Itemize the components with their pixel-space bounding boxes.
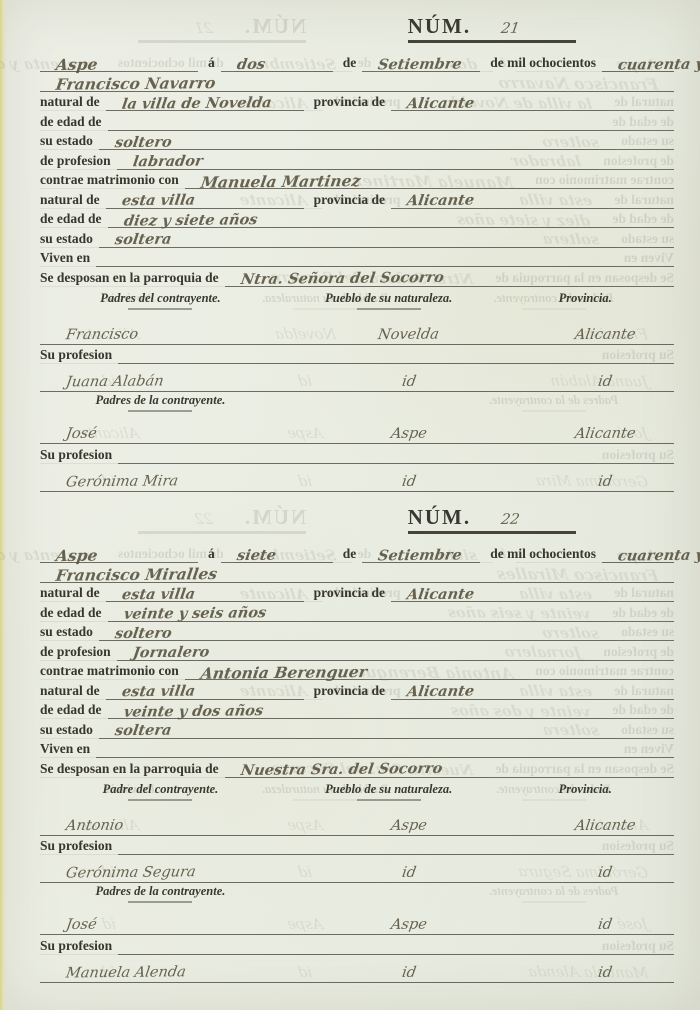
record-2-date-line: Aspe á siete de Setiembre de mil ochocie… [40,541,674,563]
record-1-groom-father-profession-line: Su profesion [40,345,674,365]
record-1-bride-father-profession-line: Su profesion [40,444,674,464]
label-su-estado: su estado [40,722,99,739]
record-1: NÚM. 21 Aspe á dos de Setiembre de mil o… [40,14,674,492]
bride-father-prof-fill [118,463,674,464]
spacer [281,884,497,907]
label-a: á [198,546,221,563]
record-1-viven-line: Viven en [40,248,674,268]
record-2-bride-father-row: José Aspe id [40,907,674,935]
record-1-groom-estado-line: su estado soltero [40,131,674,151]
day-fill: siete [221,549,333,564]
bride-name-handwriting: Antonia Berenguer [183,664,367,681]
label-su-estado: su estado [40,624,99,641]
num-label: NÚM. [408,505,471,530]
label-se-desposan: Se desposan en la parroquia de [40,270,225,287]
header-underline [128,308,192,310]
bride-mother-pueblo-handwriting: id [361,965,417,980]
year-handwriting: cuarenta y dos [601,548,700,564]
label-viven-en: Viven en [40,250,96,267]
bride-father-name-cell: José [40,425,281,443]
record-2-bride-mother-row: Manuela Alenda id id [40,955,674,983]
bride-name-fill: Manuela Martinez [185,174,674,190]
groom-father-prof-fill [118,363,674,364]
bride-natural-fill: esta villa [106,194,304,209]
header-padres-contrayente-f: Padres de la contrayente. [40,884,281,907]
label-a: á [198,55,221,72]
header-pueblo-text: Pueblo de su naturaleza. [325,782,452,796]
day-handwriting: siete [220,548,277,563]
groom-father-pueblo-cell: Aspe [281,817,497,835]
label-de-profesion: de profesion [40,153,117,170]
header-provincia-text: Provincia. [559,291,612,305]
record-2-bride-father-profession-line: Su profesion [40,935,674,955]
header-provincia: Provincia. [496,782,674,808]
groom-prov-handwriting: Alicante [390,587,475,602]
groom-prov-fill: Alicante [391,97,674,112]
groom-father-prov-cell: Alicante [496,817,674,835]
bride-father-prov-cell: id [496,916,674,934]
header-padres-contrayente: Padres del contrayente. [40,291,281,317]
groom-prov-handwriting: Alicante [390,96,475,111]
bride-estado-fill: soltera [99,724,674,739]
groom-estado-fill: soltero [99,136,674,151]
groom-father-pueblo-cell: Novelda [281,326,497,344]
groom-prof-fill: Jornalero [117,646,674,661]
bride-father-pueblo-handwriting: Aspe [350,427,428,442]
groom-mother-name-handwriting: Gerónima Segura [39,865,197,881]
page-edge-shadow [0,0,7,1010]
record-2-groom-estado-line: su estado soltero [40,622,674,642]
bride-prov-fill: Alicante [391,685,674,700]
year-fill: cuarenta y dos [602,549,674,564]
bride-mother-prov-cell: id [496,473,674,491]
bride-father-pueblo-cell: Aspe [281,916,497,934]
groom-age-fill: veinte y seis años [108,607,674,622]
label-contrae-matrimonio: contrae matrimonio con [40,663,185,680]
record-1-bride-age-line: de edad de diez y siete años [40,209,674,229]
header-provincia-text: Provincia. [559,782,612,796]
spacer [496,884,674,907]
groom-mother-prov-handwriting: id [557,375,613,390]
bride-estado-handwriting: soltera [98,724,173,739]
bride-mother-pueblo-handwriting: id [361,474,417,489]
record-2-bride-name-line: contrae matrimonio con Antonia Berenguer [40,661,674,681]
label-de: de [333,546,363,563]
bride-father-prov-handwriting: Alicante [534,426,637,442]
groom-father-prov-handwriting: Alicante [534,818,637,834]
groom-mother-prov-cell: id [496,864,674,882]
groom-estado-fill: soltero [99,627,674,642]
bride-mother-prov-handwriting: id [557,965,613,980]
header-padres-contrayente-f-text: Padres de la contrayente. [96,884,226,898]
record-2-groom-mother-row: Gerónima Segura id id [40,855,674,883]
spacer [281,393,497,416]
bride-natural-handwriting: esta villa [104,194,195,209]
groom-name-handwriting: Francisco Miralles [39,566,219,583]
record-2: NÚM. 22 Aspe á siete de Setiembre de mil… [40,505,674,983]
groom-father-prov-handwriting: Alicante [534,327,637,343]
groom-mother-name-handwriting: Juana Alabán [39,374,165,390]
viven-fill [96,266,674,267]
scanned-register-page: NÚM. 22 Aspe á siete de Setiembre de mil… [0,0,700,1010]
groom-father-name-handwriting: Francisco [39,327,139,343]
record-2-bride-age-line: de edad de veinte y dos años [40,700,674,720]
parroquia-handwriting: Nuestra Sra. del Socorro [223,762,443,779]
header-padre-contrayente-text: Padre del contrayente. [103,782,219,796]
groom-father-prov-cell: Alicante [496,326,674,344]
num-label: NÚM. [408,14,471,39]
bride-mother-pueblo-cell: id [281,964,497,982]
groom-name-handwriting: Francisco Navarro [39,75,217,92]
header-padres-contrayente-f: Padres de la contrayente. [40,393,281,416]
record-1-number-value: 21 [484,22,521,37]
bride-natural-fill: esta villa [106,685,304,700]
city-fill: Aspe [40,548,198,564]
groom-name-fill: Francisco Navarro [40,76,674,92]
bride-estado-fill: soltera [99,233,674,248]
viven-fill [96,757,674,758]
bride-age-handwriting: diez y siete años [106,213,258,229]
city-handwriting: Aspe [39,56,99,72]
record-1-groom-profession-line: de profesion labrador [40,150,674,170]
record-1-bride-mother-row: Gerónima Mira id id [40,464,674,492]
record-2-bride-parents-header: Padres de la contrayente. [40,884,674,907]
label-viven-en: Viven en [40,741,96,758]
label-de-edad-de: de edad de [40,211,108,228]
label-provincia-de: provincia de [304,683,391,700]
record-1-groom-natural-line: natural de la villa de Novelda provincia… [40,92,674,112]
record-1-groom-name-line: Francisco Navarro [40,72,674,92]
label-natural-de: natural de [40,192,106,209]
bride-prov-fill: Alicante [391,194,674,209]
month-fill: Setiembre [362,58,480,73]
label-natural-de: natural de [40,94,106,111]
label-de-mil-ochocientos: de mil ochocientos [480,546,602,563]
record-2-groom-father-profession-line: Su profesion [40,836,674,856]
groom-father-pueblo-handwriting: Novelda [337,327,440,343]
bride-mother-name-cell: Manuela Alenda [40,964,281,982]
bride-age-fill: diez y siete años [108,214,674,229]
record-1-bride-parents-header: Padres de la contrayente. [40,393,674,416]
groom-father-prof-fill [118,854,674,855]
groom-mother-name-cell: Gerónima Segura [40,864,281,882]
header-underline [357,308,421,310]
bride-mother-name-handwriting: Gerónima Mira [39,474,179,490]
label-provincia-de: provincia de [304,192,391,209]
header-padre-contrayente: Padre del contrayente. [40,782,281,808]
label-natural-de: natural de [40,585,106,602]
year-fill: cuarenta y dos [602,58,674,73]
parroquia-handwriting: Ntra. Señora del Socorro [223,271,444,288]
bride-estado-handwriting: soltera [98,233,173,248]
groom-father-name-handwriting: Antonio [39,818,124,833]
record-2-groom-father-row: Antonio Aspe Alicante [40,808,674,836]
groom-prof-handwriting: labrador [115,155,203,170]
groom-mother-pueblo-handwriting: id [361,866,417,881]
groom-prof-fill: labrador [117,155,674,170]
bride-mother-name-cell: Gerónima Mira [40,473,281,491]
groom-mother-name-cell: Juana Alabán [40,373,281,391]
groom-estado-handwriting: soltero [98,135,173,150]
groom-prof-handwriting: Jornalero [115,646,209,661]
record-2-bride-estado-line: su estado soltera [40,719,674,739]
record-1-parents-table-header: Padres del contrayente. Pueblo de su nat… [40,291,674,317]
record-2-groom-name-line: Francisco Miralles [40,563,674,583]
spacer [496,393,674,416]
label-su-profesion: Su profesion [40,447,118,464]
month-handwriting: Setiembre [361,548,463,564]
header-padres-contrayente-text: Padres del contrayente. [100,291,220,305]
groom-age-handwriting: veinte y seis años [106,606,266,622]
bride-mother-name-handwriting: Manuela Alenda [39,965,187,981]
record-1-bride-natural-line: natural de esta villa provincia de Alica… [40,189,674,209]
label-se-desposan: Se desposan en la parroquia de [40,761,225,778]
bride-mother-prov-cell: id [496,964,674,982]
year-handwriting: cuarenta y dos [601,57,700,73]
header-pueblo: Pueblo de su naturaleza. [281,782,497,808]
bride-father-prov-handwriting: id [557,918,613,933]
city-handwriting: Aspe [39,547,99,563]
parroquia-fill: Ntra. Señora del Socorro [225,272,674,287]
label-contrae-matrimonio: contrae matrimonio con [40,172,185,189]
day-handwriting: dos [220,57,266,72]
label-su-profesion: Su profesion [40,838,118,855]
header-underline [128,901,192,903]
record-1-groom-age-line: de edad de [40,111,674,131]
record-2-number-value: 22 [484,513,521,528]
bride-mother-pueblo-cell: id [281,473,497,491]
header-pueblo-text: Pueblo de su naturaleza. [325,291,452,305]
groom-mother-pueblo-handwriting: id [361,375,417,390]
bride-father-name-handwriting: José [39,427,98,442]
groom-mother-pueblo-cell: id [281,373,497,391]
label-de: de [333,55,363,72]
groom-natural-fill: la villa de Novelda [106,97,304,112]
header-underline [357,799,421,801]
label-de-edad-de: de edad de [40,114,108,131]
label-de-edad-de: de edad de [40,605,108,622]
header-padres-contrayente-f-text: Padres de la contrayente. [96,393,226,407]
bride-age-fill: veinte y dos años [108,705,674,720]
label-provincia-de: provincia de [304,585,391,602]
city-fill: Aspe [40,57,198,73]
groom-age-fill [108,130,674,131]
month-handwriting: Setiembre [361,57,463,73]
bride-age-handwriting: veinte y dos años [106,704,263,720]
record-2-parents-table-header: Padre del contrayente. Pueblo de su natu… [40,782,674,808]
label-su-estado: su estado [40,231,99,248]
record-1-number-heading: NÚM. 21 [408,14,576,43]
bride-father-pueblo-cell: Aspe [281,425,497,443]
label-de-edad-de: de edad de [40,702,108,719]
month-fill: Setiembre [362,549,480,564]
bride-father-name-handwriting: José [39,918,98,933]
record-2-parroquia-line: Se desposan en la parroquia de Nuestra S… [40,758,674,778]
label-su-estado: su estado [40,133,99,150]
record-1-bride-name-line: contrae matrimonio con Manuela Martinez [40,170,674,190]
parroquia-fill: Nuestra Sra. del Socorro [225,763,674,778]
label-de-profesion: de profesion [40,644,117,661]
label-provincia-de: provincia de [304,94,391,111]
label-su-profesion: Su profesion [40,938,118,955]
header-pueblo: Pueblo de su naturaleza. [281,291,497,317]
record-1-bride-father-row: José Aspe Alicante [40,416,674,444]
groom-name-fill: Francisco Miralles [40,567,674,583]
groom-mother-pueblo-cell: id [281,864,497,882]
groom-father-name-cell: Antonio [40,817,281,835]
header-provincia: Provincia. [496,291,674,317]
bride-father-prov-cell: Alicante [496,425,674,443]
record-1-groom-father-row: Francisco Novelda Alicante [40,317,674,345]
bride-name-handwriting: Manuela Martinez [183,173,361,190]
record-2-groom-age-line: de edad de veinte y seis años [40,602,674,622]
header-underline [128,799,192,801]
bride-father-name-cell: José [40,916,281,934]
bride-prov-handwriting: Alicante [390,685,475,700]
header-underline [128,410,192,412]
groom-natural-fill: esta villa [106,588,304,603]
groom-mother-prov-cell: id [496,373,674,391]
bride-mother-prov-handwriting: id [557,474,613,489]
bride-father-pueblo-handwriting: Aspe [350,918,428,933]
groom-prov-fill: Alicante [391,588,674,603]
record-1-date-line: Aspe á dos de Setiembre de mil ochocient… [40,50,674,72]
label-su-profesion: Su profesion [40,347,118,364]
record-2-groom-natural-line: natural de esta villa provincia de Alica… [40,583,674,603]
groom-estado-handwriting: soltero [98,626,173,641]
record-2-groom-profession-line: de profesion Jornalero [40,641,674,661]
record-1-bride-estado-line: su estado soltera [40,228,674,248]
groom-natural-handwriting: esta villa [104,587,195,602]
record-1-groom-mother-row: Juana Alabán id id [40,364,674,392]
record-1-parroquia-line: Se desposan en la parroquia de Ntra. Señ… [40,267,674,287]
label-natural-de: natural de [40,683,106,700]
record-2-number-heading: NÚM. 22 [408,505,576,534]
groom-father-pueblo-handwriting: Aspe [350,818,428,833]
groom-father-name-cell: Francisco [40,326,281,344]
label-de-mil-ochocientos: de mil ochocientos [480,55,602,72]
bride-natural-handwriting: esta villa [104,685,195,700]
record-2-bride-natural-line: natural de esta villa provincia de Alica… [40,680,674,700]
day-fill: dos [221,58,333,73]
record-2-viven-line: Viven en [40,739,674,759]
groom-mother-prov-handwriting: id [557,866,613,881]
bride-prov-handwriting: Alicante [390,194,475,209]
groom-natural-handwriting: la villa de Novelda [104,96,272,112]
bride-name-fill: Antonia Berenguer [185,665,674,681]
bride-father-prof-fill [118,954,674,955]
